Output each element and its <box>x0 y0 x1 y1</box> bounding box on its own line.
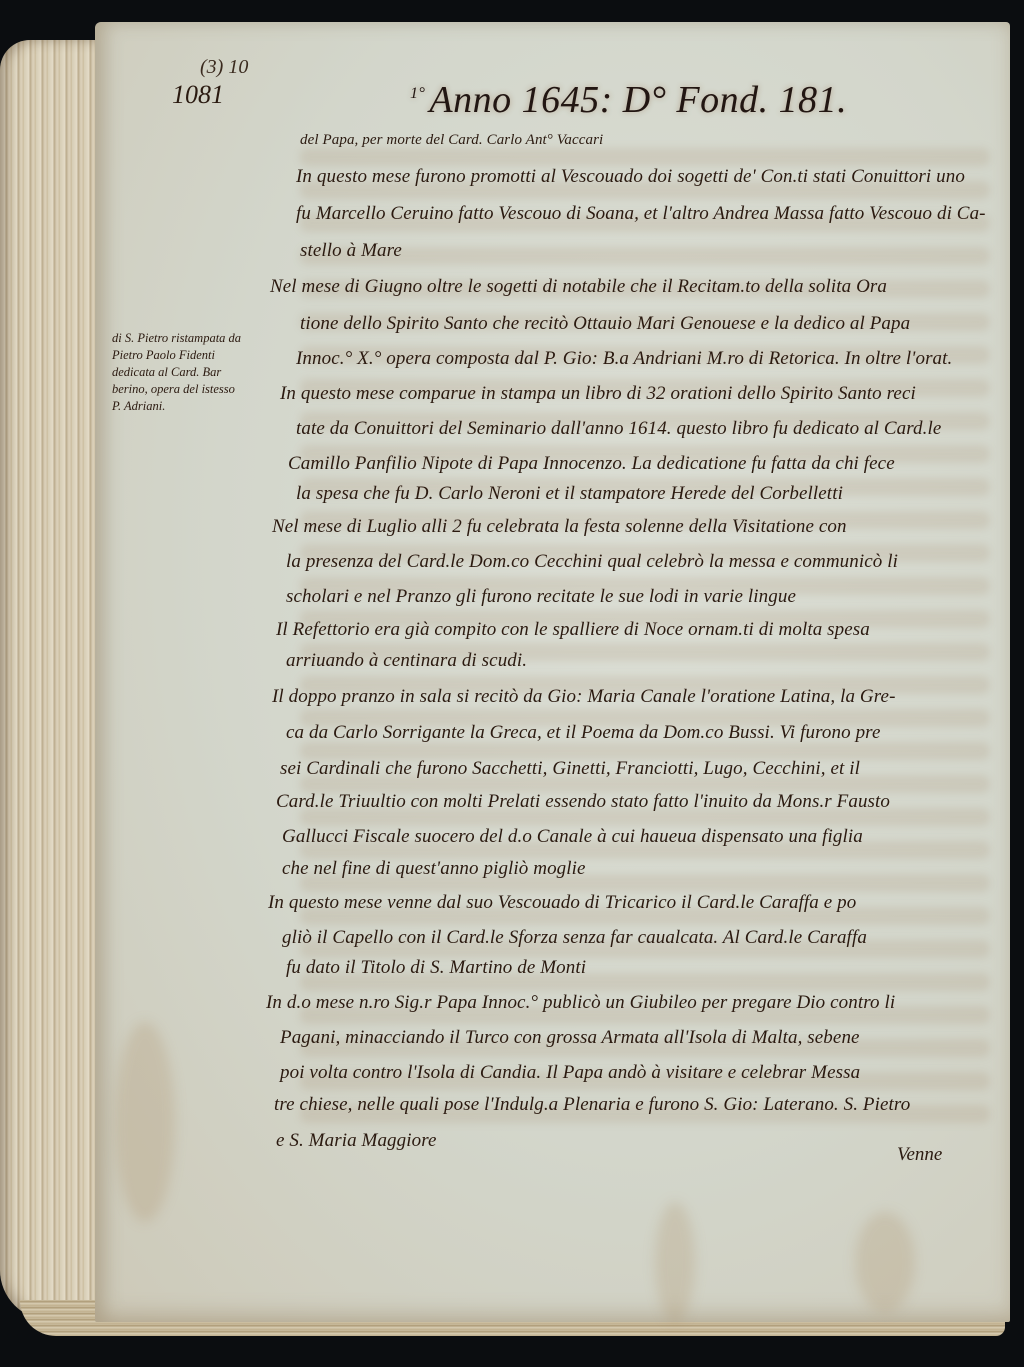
header-title: Anno 1645: D° Fond. 181. <box>429 79 847 121</box>
text-line: Il Refettorio era già compito con le spa… <box>276 619 870 641</box>
text-line: la spesa che fu D. Carlo Neroni et il st… <box>296 483 843 505</box>
text-line: fu Marcello Ceruino fatto Vescouo di Soa… <box>296 203 986 225</box>
text-line: Il doppo pranzo in sala si recitò da Gio… <box>272 686 896 708</box>
text-line: In d.o mese n.ro Sig.r Papa Innoc.° publ… <box>266 992 895 1014</box>
water-stain <box>855 1212 915 1312</box>
text-line: In questo mese venne dal suo Vescouado d… <box>268 892 856 914</box>
text-line: che nel fine di quest'anno pigliò moglie <box>282 858 586 880</box>
text-line: Innoc.° X.° opera composta dal P. Gio: B… <box>296 348 952 370</box>
text-line: In questo mese comparue in stampa un lib… <box>280 383 916 405</box>
text-line: Nel mese di Giugno oltre le sogetti di n… <box>270 276 887 298</box>
old-folio-number: (3) 10 <box>200 56 248 79</box>
text-line: del Papa, per morte del Card. Carlo Ant°… <box>300 132 603 149</box>
margin-note-line: Pietro Paolo Fidenti <box>112 347 302 364</box>
text-line: tre chiese, nelle quali pose l'Indulg.a … <box>274 1094 910 1116</box>
text-line: tate da Conuittori del Seminario dall'an… <box>296 418 941 440</box>
water-stain <box>655 1202 695 1322</box>
text-line: ca da Carlo Sorrigante la Greca, et il P… <box>286 722 881 744</box>
text-line: arriuando à centinara di scudi. <box>286 650 527 672</box>
margin-note-line: P. Adriani. <box>112 398 302 415</box>
text-line: scholari e nel Pranzo gli furono recitat… <box>286 586 796 608</box>
text-line: Nel mese di Luglio alli 2 fu celebrata l… <box>272 516 847 538</box>
text-line: Camillo Panfilio Nipote di Papa Innocenz… <box>288 453 895 475</box>
folio-number: 1081 <box>172 80 224 110</box>
margin-note-line: berino, opera del istesso <box>112 381 302 398</box>
text-line: tione dello Spirito Santo che recitò Ott… <box>300 313 910 335</box>
text-line: stello à Mare <box>300 240 402 262</box>
bleed-through-band <box>300 148 990 166</box>
text-line: In questo mese furono promotti al Vescou… <box>296 166 965 188</box>
text-line: fu dato il Titolo di S. Martino de Monti <box>286 957 586 979</box>
text-line: Pagani, minacciando il Turco con grossa … <box>280 1027 860 1049</box>
text-line: Gallucci Fiscale suocero del d.o Canale … <box>282 826 863 848</box>
margin-note-line: di S. Pietro ristampata da <box>112 330 302 347</box>
bleed-through-band <box>300 247 990 265</box>
margin-note: di S. Pietro ristampata da Pietro Paolo … <box>112 330 302 415</box>
margin-note-line: dedicata al Card. Bar <box>112 364 302 381</box>
text-line: gliò il Capello con il Card.le Sforza se… <box>282 927 867 949</box>
text-line: la presenza del Card.le Dom.co Cecchini … <box>286 551 898 573</box>
text-line: e S. Maria Maggiore <box>276 1130 437 1152</box>
book-page-edges-left <box>0 40 110 1320</box>
page-header: 1°Anno 1645: D° Fond. 181. <box>410 78 847 122</box>
catchword: Venne <box>897 1144 942 1166</box>
text-line: poi volta contro l'Isola di Candia. Il P… <box>280 1062 860 1084</box>
text-line: Card.le Triuultio con molti Prelati esse… <box>276 791 890 813</box>
water-stain <box>115 1022 175 1222</box>
header-prefix: 1° <box>410 85 425 102</box>
text-line: sei Cardinali che furono Sacchetti, Gine… <box>280 758 860 780</box>
